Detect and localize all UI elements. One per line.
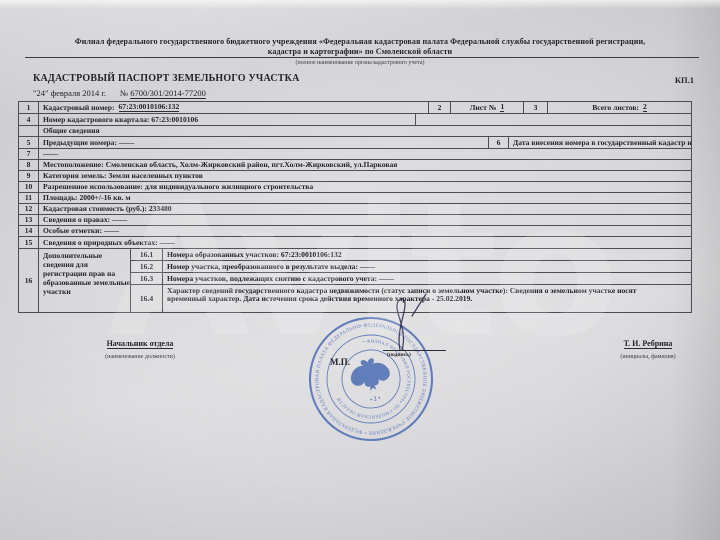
table-section-row: Общие сведения (19, 126, 691, 137)
signatory-block: Т. И. Ребрина (инициалы, фамилия) (598, 333, 698, 360)
empty-number-cell (19, 126, 39, 136)
document-title: КАДАСТРОВЫЙ ПАСПОРТ ЗЕМЕЛЬНОГО УЧАСТКА (33, 73, 300, 84)
form-code: КП.1 (675, 75, 694, 85)
table-row-13: 13 Сведения о правах: —— (19, 215, 691, 226)
row-number: 6 (489, 137, 509, 148)
row-number: 16.2 (131, 261, 163, 272)
table-row-4: 4 Номер кадастрового квартала: 67:23:001… (19, 114, 691, 126)
row-number: 7 (19, 149, 39, 159)
additional-info-label: Дополнительные сведения для регистрации … (39, 249, 131, 312)
signature-caption: (подпись) (387, 352, 411, 358)
total-sheets-label: Всего листов: (592, 104, 639, 112)
name-caption: (инициалы, фамилия) (598, 354, 698, 360)
transformed-parcel-cell: Номер участка, преобразованного в резуль… (163, 261, 691, 272)
row-number: 12 (19, 204, 39, 214)
row-number: 9 (19, 171, 39, 181)
sheet-cell: Лист № 1 (451, 102, 524, 113)
formed-parcels-cell: Номера образованных участков: 67:23:0010… (163, 249, 691, 260)
sheet-label: Лист № (470, 104, 497, 112)
table-row-11: 11 Площадь: 2000+/-16 кв. м (19, 193, 691, 204)
org-caption: (полное наименование органа кадастрового… (0, 60, 720, 66)
position-title: Начальник отдела (107, 339, 174, 349)
row-number: 13 (19, 215, 39, 225)
row-number: 14 (19, 226, 39, 236)
row-number: 5 (19, 137, 39, 148)
org-name-line2: кадастра и картографии» по Смоленской об… (18, 47, 702, 57)
cadastral-table: 1 Кадастровый номер: 67:23:0010106:132 2… (18, 101, 692, 313)
row-number: 15 (19, 237, 39, 248)
permitted-use-cell: Разрешенное использование: для индивидуа… (39, 182, 691, 192)
row-number: 1 (19, 102, 39, 113)
table-row-10: 10 Разрешенное использование: для индиви… (19, 182, 691, 193)
table-row-16: 16 Дополнительные сведения для регистрац… (19, 249, 691, 312)
position-caption: (наименование должности) (80, 354, 200, 360)
empty-cell (416, 114, 691, 125)
row-number: 11 (19, 193, 39, 203)
doc-number-label: № (120, 88, 128, 98)
special-notes-cell: Особые отметки: —— (39, 226, 691, 236)
land-category-cell: Категория земель: Земли населенных пункт… (39, 171, 691, 181)
signatory-name: Т. И. Ребрина (624, 339, 673, 349)
table-row-1: 1 Кадастровый номер: 67:23:0010106:132 2… (19, 102, 691, 114)
row-number: 2 (429, 102, 451, 113)
location-cell: Местоположение: Смоленская область, Холм… (39, 160, 691, 170)
signature-stroke (372, 286, 442, 356)
document-date: "24" февраля 2014 г. (33, 88, 106, 98)
org-name-line1: Филиал федерального государственного бюд… (18, 37, 702, 47)
cadastral-number-value: 67:23:0010106:132 (119, 103, 180, 112)
row-number: 4 (19, 114, 39, 125)
mp-mark: М.П. (330, 357, 350, 367)
previous-numbers-cell: Предыдущие номера: —— (39, 137, 489, 148)
quarter-number-cell: Номер кадастрового квартала: 67:23:00101… (39, 114, 416, 125)
section-title: Общие сведения (39, 126, 691, 136)
cadastral-number-cell: Кадастровый номер: 67:23:0010106:132 (39, 102, 429, 113)
table-row-12: 12 Кадастровая стоимость (руб.): 233480 (19, 204, 691, 215)
signature-line (383, 350, 446, 351)
removal-parcels-cell: Номера участков, подлежащих снятию с кад… (163, 273, 691, 284)
cadastral-number-label: Кадастровый номер: (43, 104, 115, 112)
table-row-9: 9 Категория земель: Земли населенных пун… (19, 171, 691, 182)
registry-date-cell: Дата внесения номера в государственный к… (509, 137, 691, 148)
table-row-8: 8 Местоположение: Смоленская область, Хо… (19, 160, 691, 171)
row-number: 16.1 (131, 249, 163, 260)
table-row-16-2: 16.2 Номер участка, преобразованного в р… (131, 261, 691, 273)
document-number: 6700/301/2014-77200 (130, 88, 206, 99)
table-row-14: 14 Особые отметки: —— (19, 226, 691, 237)
seal-center-number: • 2 • (369, 395, 381, 404)
natural-objects-cell: Сведения о природных объектах: —— (39, 237, 691, 248)
total-sheets-cell: Всего листов: 2 (548, 102, 691, 113)
table-row-5: 5 Предыдущие номера: —— 6 Дата внесения … (19, 137, 691, 149)
row-number: 8 (19, 160, 39, 170)
table-row-16-1: 16.1 Номера образованных участков: 67:23… (131, 249, 691, 261)
cadastral-value-cell: Кадастровая стоимость (руб.): 233480 (39, 204, 691, 214)
row-number: 10 (19, 182, 39, 192)
table-row-15: 15 Сведения о природных объектах: —— (19, 237, 691, 249)
row-number: 16 (19, 249, 39, 312)
table-row-16-3: 16.3 Номера участков, подлежащих снятию … (131, 273, 691, 285)
date-number-line: "24" февраля 2014 г.№ 6700/301/2014-7720… (33, 88, 206, 98)
position-block: Начальник отдела (наименование должности… (80, 333, 200, 360)
scanned-document-photo: Филиал федерального государственного бюд… (0, 0, 720, 540)
row-number: 3 (524, 102, 548, 113)
rights-info-cell: Сведения о правах: —— (39, 215, 691, 225)
header-rule (25, 57, 699, 58)
dash-cell: —— (39, 149, 691, 159)
row-number: 16.4 (131, 285, 163, 312)
sheet-value: 1 (500, 103, 504, 112)
area-cell: Площадь: 2000+/-16 кв. м (39, 193, 691, 203)
total-sheets-value: 2 (643, 103, 647, 112)
double-headed-eagle-icon: • 2 • (348, 355, 396, 406)
table-row-7: 7 —— (19, 149, 691, 160)
row-number: 16.3 (131, 273, 163, 284)
